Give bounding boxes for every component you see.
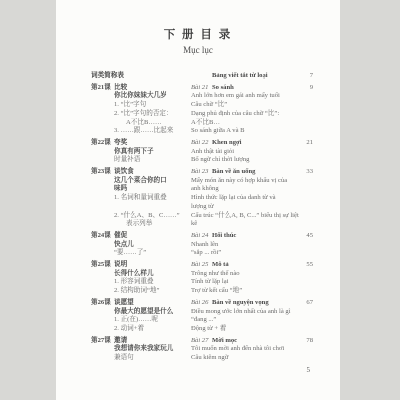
toc-entry-chinese-head: 第25课说明 [91, 261, 191, 270]
toc-line-cn: 1. “比”字句 [91, 101, 191, 110]
lesson-number-cn: 第25课 [91, 261, 114, 270]
lesson-number-vn: Bài 25 [191, 261, 212, 270]
lesson-title-cn: 邀请 [114, 337, 127, 344]
toc-line-vn: Cấu trúc “什么A, B, C...” biểu thị sự liệt [191, 212, 313, 221]
toc-line-vn: Trông như thế nào [191, 270, 313, 279]
toc-entry-chinese: 第22课夸奖你真有两下子时量补语 [91, 139, 191, 165]
page-title-chinese: 下 册 目 录 [56, 0, 340, 42]
lesson-title-cn: 夸奖 [114, 139, 127, 146]
toc-entry: 第27课邀请我想请你来我家玩儿兼语句Bài 27Mời mọcTôi muốn … [91, 337, 313, 363]
toc-entry-chinese-head: 第22课夸奖 [91, 139, 191, 148]
lesson-title-vn: Khen ngợi [212, 139, 242, 146]
toc-entry-vietnamese: Bài 21So sánhAnh lớn hơn em gái anh mấy … [191, 84, 313, 136]
book-page: 下 册 目 录 Mục lục 词类简称表Bảng viết tắt từ lo… [56, 0, 340, 400]
lesson-number-vn: Bài 26 [191, 299, 212, 308]
toc-entry-vietnamese: Bài 22Khen ngợiAnh thật tài giỏiBổ ngữ c… [191, 139, 313, 165]
toc-line-vn: Câu chữ “比” [191, 101, 313, 110]
lesson-title-vn: Mời mọc [212, 337, 237, 344]
toc-line-cn: 你真有两下子 [91, 148, 191, 157]
lesson-number-vn: Bài 21 [191, 84, 212, 93]
toc-entry-chinese: 第21课比较你比你妹妹大几岁1. “比”字句2. “比”字句的否定：A不比B……… [91, 84, 191, 136]
lesson-number-vn: Bài 24 [191, 232, 212, 241]
toc-entry-vietnamese-head: Bài 25Mô tả [191, 261, 313, 270]
toc-line-cn: 2. “比”字句的否定： [91, 110, 191, 119]
toc-entry-vietnamese-head: Bài 23Bàn về ăn uống [191, 168, 313, 177]
toc-line-cn: 兼语句 [91, 354, 191, 363]
entry-page-number: 21 [306, 139, 313, 148]
toc-entry-chinese: 第24课催促快点儿“要……了” [91, 232, 191, 258]
toc-line-vn: Hình thức lặp lại của danh từ và [191, 194, 313, 203]
toc-line-cn: 1. 正(在)……呢 [91, 316, 191, 325]
toc-line-cn: 表示列举 [91, 220, 191, 229]
toc-line-cn: 这几个菜合你的口 [91, 177, 191, 186]
toc-line-vn: Trợ từ kết cấu “地” [191, 287, 313, 296]
toc-line-vn: lượng từ [191, 203, 313, 212]
lesson-title-vn: Bàn về nguyện vọng [212, 299, 269, 306]
toc-line-vn: So sánh giữa A và B [191, 127, 313, 136]
lesson-number-cn: 第22课 [91, 139, 114, 148]
toc-entry-vietnamese-head: Bài 27Mời mọc [191, 337, 313, 346]
toc-line-vn: A不比B… [191, 119, 313, 128]
toc-line-vn: Tôi muốn mời anh đến nhà tôi chơi [191, 345, 313, 354]
lesson-number-vn: Bài 27 [191, 337, 212, 346]
entry-page-number: 33 [306, 168, 313, 177]
entry-page-number: 45 [306, 232, 313, 241]
toc-entry-vietnamese-head: Bảng viết tắt từ loại [191, 72, 313, 81]
toc-line-vn: Tính từ lặp lại [191, 278, 313, 287]
toc-line-cn: 3. ……跟……比起来 [91, 127, 191, 136]
toc-entry-vietnamese: Bài 25Mô tảTrông như thế nàoTính từ lặp … [191, 261, 313, 296]
lesson-number-cn: 第23课 [91, 168, 114, 177]
toc-line-vn: Mấy món ăn này có hợp khẩu vị của [191, 177, 313, 186]
toc-entry-vietnamese: Bảng viết tắt từ loại [191, 72, 313, 81]
toc-line-vn: “sắp ... rồi” [191, 249, 313, 258]
toc-line-cn: 2. 结构助词“地” [91, 287, 191, 296]
toc-line-cn: 你比你妹妹大几岁 [91, 92, 191, 101]
scan-background: 下 册 目 录 Mục lục 词类简称表Bảng viết tắt từ lo… [0, 0, 400, 400]
toc-entry-vietnamese-head: Bài 24Hối thúc [191, 232, 313, 241]
lesson-title-cn: 谈愿望 [114, 299, 134, 306]
toc-entry-vietnamese: Bài 24Hối thúcNhanh lên“sắp ... rồi” [191, 232, 313, 258]
lesson-number-cn: 第27课 [91, 337, 114, 346]
lesson-number-vn: Bài 23 [191, 168, 212, 177]
toc-entry: 第25课说明长得什么样儿1. 形容词重叠2. 结构助词“地”Bài 25Mô t… [91, 261, 313, 296]
toc-line-cn: 2. “什么A、B、C……” [91, 212, 191, 221]
lesson-title-cn: 催促 [114, 232, 127, 239]
toc-line-cn [91, 203, 191, 212]
toc-line-vn: anh không [191, 185, 313, 194]
toc-line-cn: 1. 名词和量词重叠 [91, 194, 191, 203]
lesson-title-cn: 说明 [114, 261, 127, 268]
toc-line-cn: 2. 动词+着 [91, 325, 191, 334]
toc-line-cn: 味吗 [91, 185, 191, 194]
toc-line-cn: A不比B…… [91, 119, 191, 128]
toc-line-cn: “要……了” [91, 249, 191, 258]
toc-line-vn: Động từ + 着 [191, 325, 313, 334]
toc-line-vn: Anh lớn hơn em gái anh mấy tuổi [191, 92, 313, 101]
toc-entry-chinese: 第26课谈愿望你最大的愿望是什么1. 正(在)……呢2. 动词+着 [91, 299, 191, 334]
lesson-title-vn: Mô tả [212, 261, 229, 268]
toc-list: 词类简称表Bảng viết tắt từ loại7第21课比较你比你妹妹大几… [91, 72, 313, 363]
lesson-title-vn: So sánh [212, 84, 234, 91]
toc-line-vn: Câu kiêm ngữ [191, 354, 313, 363]
toc-entry: 第22课夸奖你真有两下子时量补语Bài 22Khen ngợiAnh thật … [91, 139, 313, 165]
lesson-title-cn: 比较 [114, 84, 127, 91]
lesson-number-cn: 第21课 [91, 84, 114, 93]
toc-entry: 第24课催促快点儿“要……了”Bài 24Hối thúcNhanh lên“s… [91, 232, 313, 258]
toc-entry-chinese: 词类简称表 [91, 72, 191, 81]
toc-entry-vietnamese: Bài 26Bàn về nguyện vọngĐiều mong ước lớ… [191, 299, 313, 334]
lesson-number-vn: Bài 22 [191, 139, 212, 148]
lesson-title-vn: Bàn về ăn uống [212, 168, 255, 175]
toc-entry: 词类简称表Bảng viết tắt từ loại7 [91, 72, 313, 81]
toc-line-vn: Bổ ngữ chỉ thời lượng [191, 156, 313, 165]
toc-entry-vietnamese-head: Bài 21So sánh [191, 84, 313, 93]
toc-line-vn: Nhanh lên [191, 241, 313, 250]
lesson-title-vn: Hối thúc [212, 232, 236, 239]
lesson-title-cn: 谈饮食 [114, 168, 134, 175]
entry-page-number: 9 [310, 84, 313, 93]
toc-line-cn: 1. 形容词重叠 [91, 278, 191, 287]
lesson-number-cn: 第24课 [91, 232, 114, 241]
toc-entry-chinese: 第25课说明长得什么样儿1. 形容词重叠2. 结构助词“地” [91, 261, 191, 296]
toc-entry-chinese: 第23课谈饮食这几个菜合你的口味吗1. 名词和量词重叠2. “什么A、B、C……… [91, 168, 191, 229]
toc-line-cn: 我想请你来我家玩儿 [91, 345, 191, 354]
toc-line-vn: “đang ...” [191, 316, 313, 325]
toc-entry-vietnamese-head: Bài 26Bàn về nguyện vọng [191, 299, 313, 308]
toc-line-vn: kê [191, 220, 313, 229]
entry-page-number: 67 [306, 299, 313, 308]
folio-page-number: 5 [307, 366, 311, 374]
entry-page-number: 78 [306, 337, 313, 346]
toc-line-cn: 时量补语 [91, 156, 191, 165]
toc-entry: 第26课谈愿望你最大的愿望是什么1. 正(在)……呢2. 动词+着Bài 26B… [91, 299, 313, 334]
toc-entry-vietnamese-head: Bài 22Khen ngợi [191, 139, 313, 148]
page-title-vietnamese: Mục lục [56, 45, 340, 55]
toc-entry-chinese-head: 第23课谈饮食 [91, 168, 191, 177]
toc-entry-vietnamese: Bài 23Bàn về ăn uốngMấy món ăn này có hợ… [191, 168, 313, 229]
toc-line-vn: Anh thật tài giỏi [191, 148, 313, 157]
toc-line-vn: Dạng phủ định của câu chữ “比”: [191, 110, 313, 119]
toc-entry: 第21课比较你比你妹妹大几岁1. “比”字句2. “比”字句的否定：A不比B……… [91, 84, 313, 136]
toc-entry-chinese: 第27课邀请我想请你来我家玩儿兼语句 [91, 337, 191, 363]
toc-line-cn: 你最大的愿望是什么 [91, 308, 191, 317]
entry-page-number: 7 [310, 72, 313, 81]
toc-line-vn: Điều mong ước lớn nhất của anh là gì [191, 308, 313, 317]
toc-entry-chinese-head: 第26课谈愿望 [91, 299, 191, 308]
lesson-title-vn: Bảng viết tắt từ loại [212, 72, 268, 79]
toc-entry: 第23课谈饮食这几个菜合你的口味吗1. 名词和量词重叠2. “什么A、B、C……… [91, 168, 313, 229]
lesson-title-cn: 词类简称表 [91, 72, 124, 79]
lesson-number-cn: 第26课 [91, 299, 114, 308]
toc-entry-chinese-head: 第24课催促 [91, 232, 191, 241]
toc-entry-vietnamese: Bài 27Mời mọcTôi muốn mời anh đến nhà tô… [191, 337, 313, 363]
entry-page-number: 55 [306, 261, 313, 270]
toc-entry-chinese-head: 词类简称表 [91, 72, 191, 81]
